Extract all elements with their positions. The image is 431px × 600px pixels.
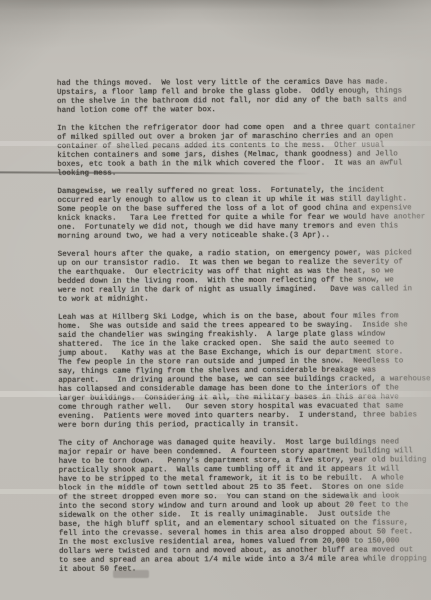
paper-page: had the things moved. We lost very littl… [0,0,431,600]
text-line: to work at midnight. [58,294,430,305]
text-line: boxes, etc took a bath in the milk which… [57,159,429,170]
paragraph: had the things moved. We lost very littl… [57,78,429,116]
paragraph: The city of Anchorage was damaged quite … [58,438,431,575]
paragraph: Damagewise, we really suffered no great … [57,186,429,242]
text-line: it about 50 feet. [59,564,431,575]
paragraph: Leah was at Hillberg Ski Lodge, which is… [58,312,431,431]
text-line: hand lotion come off the water box. [57,105,429,116]
text-line: looking mess. [57,168,429,179]
paragraph: Several hours after the quake, a radio s… [58,249,430,305]
paragraph: In the kitchen the refrigerator door had… [57,123,429,179]
text-line: were born during this period, practicall… [58,420,430,431]
text-line: morning around two, we had a very notice… [58,231,430,242]
document-body: had the things moved. We lost very littl… [57,78,431,584]
text-line: on the shelve in the bathroom did not fa… [57,96,429,107]
scan-corner-shadow [0,0,70,90]
text-line: were not really in the dark of night as … [58,285,430,296]
text-line: to see and spread an area about 1/4 mile… [59,555,431,566]
